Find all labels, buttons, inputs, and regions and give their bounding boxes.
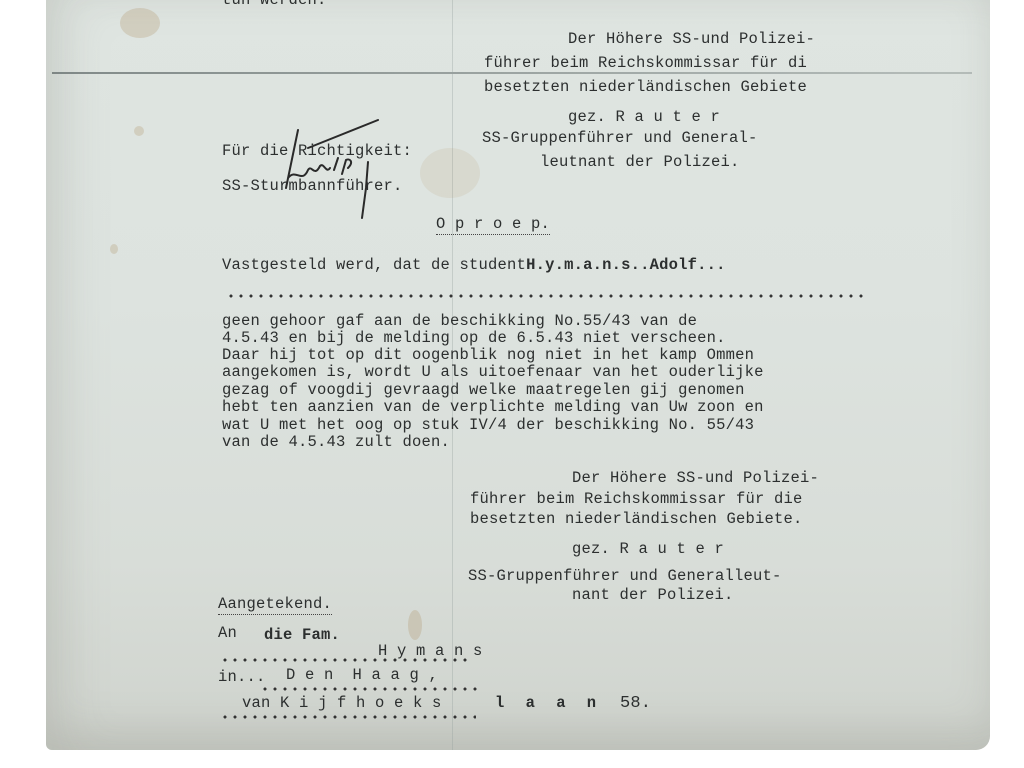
address-to-prefix: An [218,624,237,643]
opening-text: Vastgesteld werd, dat de student [222,256,526,274]
stain [134,126,144,136]
body-line: hebt ten aanzien van de verplichte meldi… [222,398,764,417]
registered-label: Aangetekend. [218,595,332,615]
sig1-rank: leutnant der Polizei. [540,153,740,172]
sig1-line: Der Höhere SS-und Polizei- [568,30,815,49]
sig2-rank: SS-Gruppenführer und Generalleut- [468,567,782,586]
stain [408,610,422,640]
sig1-line: besetzten niederländischen Gebiete [484,78,807,97]
address-in-prefix: in... [218,668,266,687]
document-title: O p r o e p. [436,215,550,235]
body-line: van de 4.5.43 zult doen. [222,433,450,452]
stain [110,244,118,254]
opening-line: Vastgesteld werd, dat de studentH.y.m.a.… [222,256,726,275]
sig2-line: führer beim Reichskommissar für die [470,490,803,509]
handwritten-signature-icon [268,118,388,228]
address-to-label: die Fam. [264,626,340,645]
sig2-gez: gez. R a u t e r [572,540,724,559]
dotted-fill-line [260,687,480,691]
top-fragment: tun werden. [222,0,327,10]
address-city: D e n H a a g , [286,666,438,685]
student-name: H.y.m.a.n.s..Adolf... [526,256,726,274]
dotted-fill-line [220,658,470,662]
sig2-line: besetzten niederländischen Gebiete. [470,510,803,529]
sig2-rank: nant der Polizei. [572,586,734,605]
address-number: 58. [620,694,651,713]
body-line: aangekomen is, wordt U als uitoefenaar v… [222,363,764,382]
dotted-fill-line [226,294,866,298]
sig2-line: Der Höhere SS-und Polizei- [572,469,819,488]
sig1-line: führer beim Reichskommissar für di [484,54,807,73]
sig1-rank: SS-Gruppenführer und General- [482,129,758,148]
sig1-gez: gez. R a u t e r [568,108,720,127]
address-street-suffix: l a a n [495,694,602,713]
stain [420,148,480,198]
dotted-fill-line [220,715,476,719]
address-street: van K i j f h o e k s [242,694,442,713]
stain [120,8,160,38]
